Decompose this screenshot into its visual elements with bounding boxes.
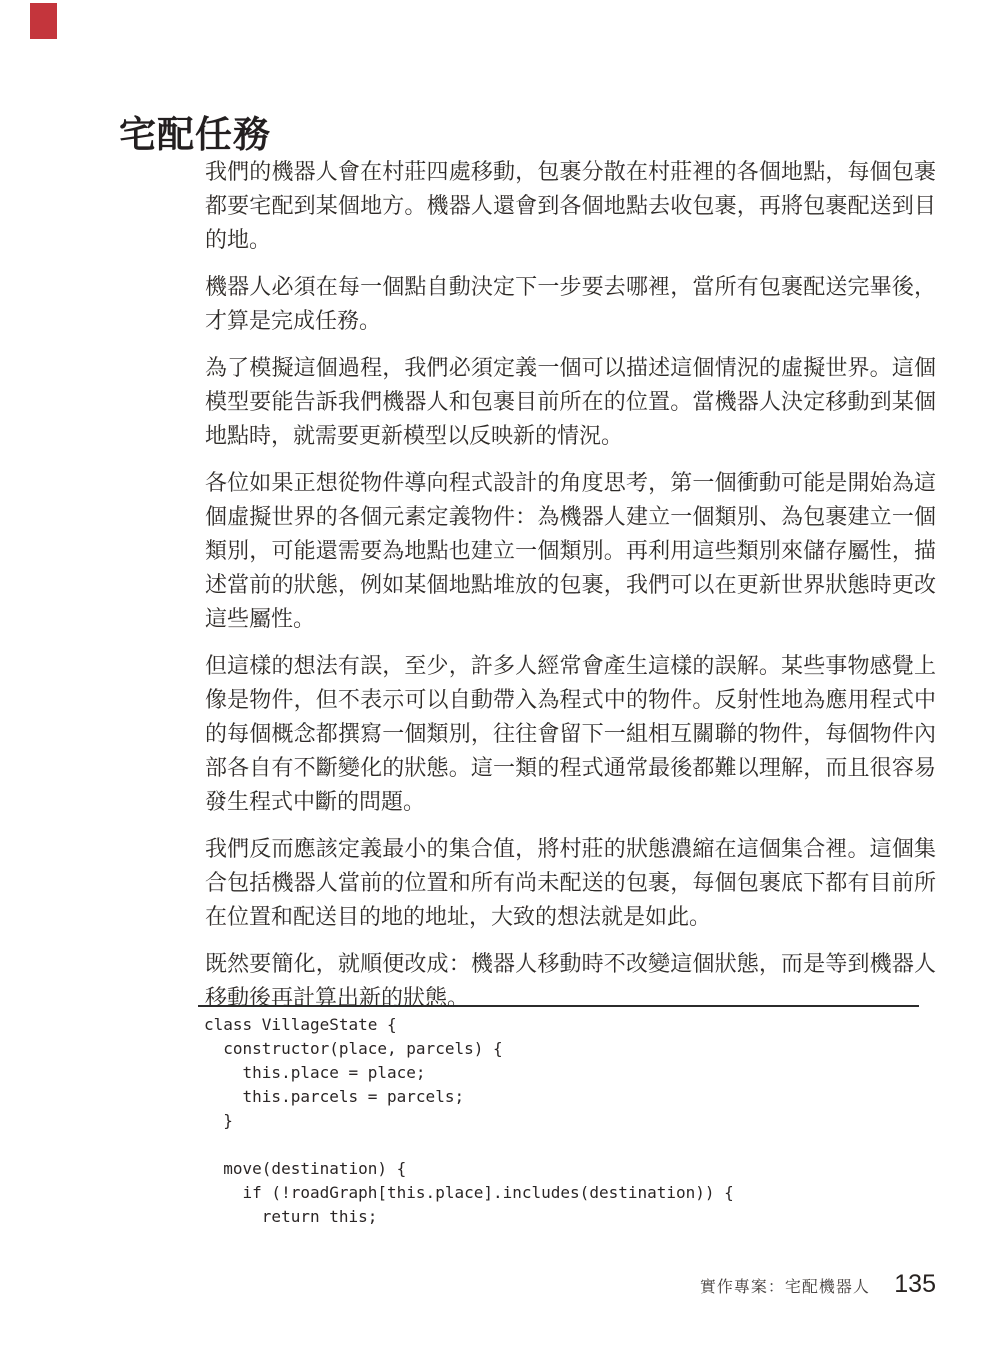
body-paragraph: 但這樣的想法有誤，至少，許多人經常會產生這樣的誤解。某些事物感覺上像是物件，但不… [205, 649, 936, 819]
section-heading: 宅配任務 [119, 104, 271, 158]
body-paragraph: 我們反而應該定義最小的集合值，將村莊的狀態濃縮在這個集合裡。這個集合包括機器人當… [205, 832, 936, 934]
page-footer: 實作專案：宅配機器人 135 [0, 1270, 936, 1299]
footer-section-title: 實作專案：宅配機器人 [700, 1279, 870, 1296]
body-paragraph: 各位如果正想從物件導向程式設計的角度思考，第一個衝動可能是開始為這個虛擬世界的各… [205, 466, 936, 636]
body-paragraph: 機器人必須在每一個點自動決定下一步要去哪裡，當所有包裹配送完畢後，才算是完成任務… [205, 270, 936, 338]
body-text-column: 我們的機器人會在村莊四處移動，包裹分散在村莊裡的各個地點，每個包裹都要宅配到某個… [205, 155, 936, 1028]
chapter-tab-marker [30, 3, 57, 39]
body-paragraph: 為了模擬這個過程，我們必須定義一個可以描述這個情況的虛擬世界。這個模型要能告訴我… [205, 351, 936, 453]
footer-page-number: 135 [894, 1270, 936, 1298]
code-divider-rule [198, 1005, 919, 1007]
body-paragraph: 我們的機器人會在村莊四處移動，包裹分散在村莊裡的各個地點，每個包裹都要宅配到某個… [205, 155, 936, 257]
code-block: class VillageState { constructor(place, … [204, 1013, 734, 1229]
